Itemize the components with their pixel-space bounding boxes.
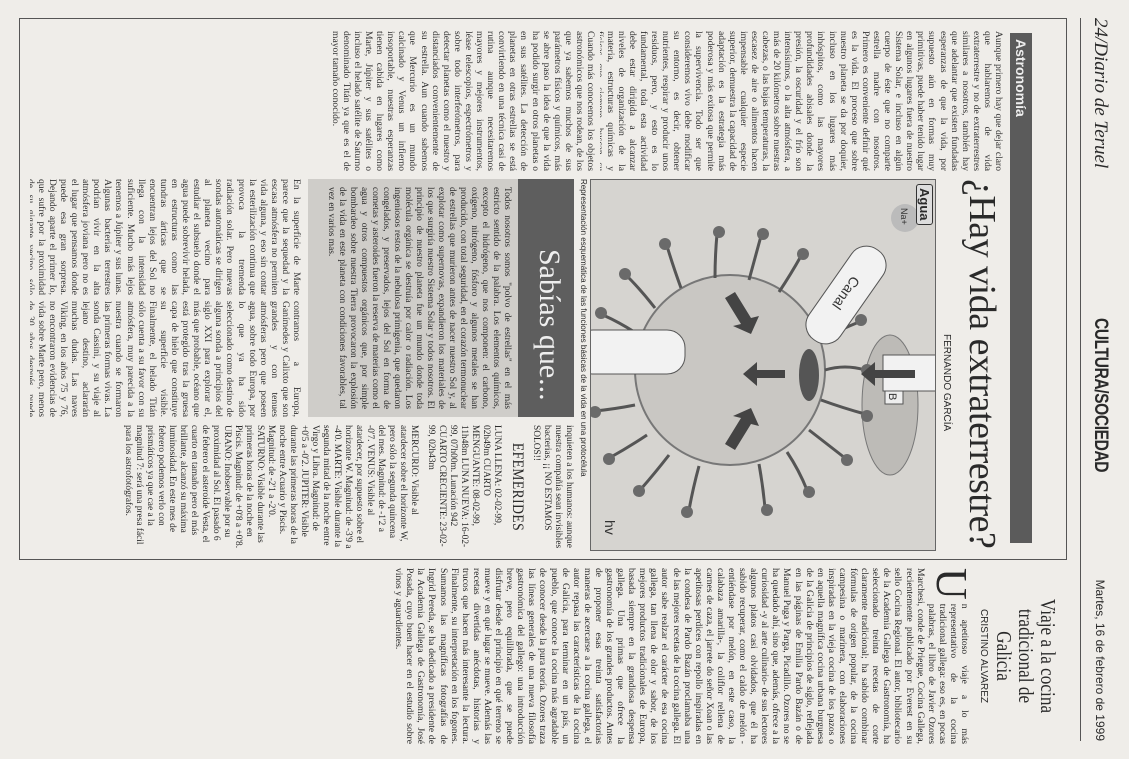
kicker-label: Astronomía — [1013, 33, 1029, 117]
scanned-page-viewport: 24/Diario de Teruel CULTURA/SOCIEDAD Mar… — [0, 0, 1129, 759]
drop-cap: U — [932, 568, 970, 600]
efemerides-column: inquieten a los humanos: aunque nuestra … — [34, 425, 574, 549]
article-byline: FERNANDO GARCÍA — [941, 334, 952, 431]
water-label: Agua — [916, 184, 933, 225]
figure-caption: Representación esquemática de las funcio… — [579, 179, 588, 477]
sidebar-text: n apetitoso viaje a lo más representativ… — [393, 568, 970, 744]
article-column-3: En la superficie de Marte parece que la … — [30, 179, 302, 295]
sidebar-title: Viaje a la cocina tradicional de Galicia — [993, 584, 1059, 728]
sidebar-article: Viaje a la cocina tradicional de Galicia… — [21, 568, 1067, 744]
hv-label: hv — [602, 520, 618, 535]
article-column-2: Cuando más conocemos los objetos astronó… — [30, 31, 596, 171]
sabias-title: Sabías que... — [532, 249, 566, 401]
sabias-que-box: Sabías que... Todos nosotros somos "polv… — [308, 179, 574, 417]
sabias-text: Todos nosotros somos "polvo de estrellas… — [314, 187, 512, 409]
section-kicker: Astronomía — [1010, 33, 1032, 543]
article-column-4: contramos a Europa, Ganímedes y Calixto … — [30, 301, 302, 417]
main-article: Astronomía ¿Hay vida extraterrestre? FER… — [19, 18, 1067, 560]
article-column-1: Aunque primero hay que dejar claro que h… — [600, 31, 1004, 171]
section-title: CULTURA/SOCIEDAD — [1089, 318, 1111, 472]
planet-visibility: MERCURIO: Visible al atardecer sobre el … — [122, 425, 419, 549]
issue-date: Martes, 16 de febrero de 1999 — [1093, 580, 1107, 741]
protocell-illustration: B Na+ — [591, 180, 935, 550]
newspaper-page: 24/Diario de Teruel CULTURA/SOCIEDAD Mar… — [0, 0, 1129, 759]
article-title: ¿Hay vida extraterrestre? — [960, 179, 1004, 548]
protocell-diagram: Agua B Na+ — [590, 179, 936, 551]
b-label: B — [886, 393, 898, 400]
sidebar-byline: CRISTINO ALVAREZ — [978, 568, 989, 744]
newspaper-name: 24/Diario de Teruel — [1089, 18, 1111, 168]
sidebar-body: Un apetitoso viaje a lo más representati… — [30, 568, 970, 744]
efemerides-intro: inquieten a los humanos: aunque nuestra … — [530, 425, 574, 549]
moon-phases: LUNA LLENA: 02-02-99, 02h49m CUARTO MENG… — [425, 425, 502, 549]
efemerides-title: EFEMERIDES — [508, 434, 526, 539]
page-header: 24/Diario de Teruel CULTURA/SOCIEDAD Mar… — [1080, 18, 1121, 741]
svg-text:Na+: Na+ — [899, 208, 909, 225]
